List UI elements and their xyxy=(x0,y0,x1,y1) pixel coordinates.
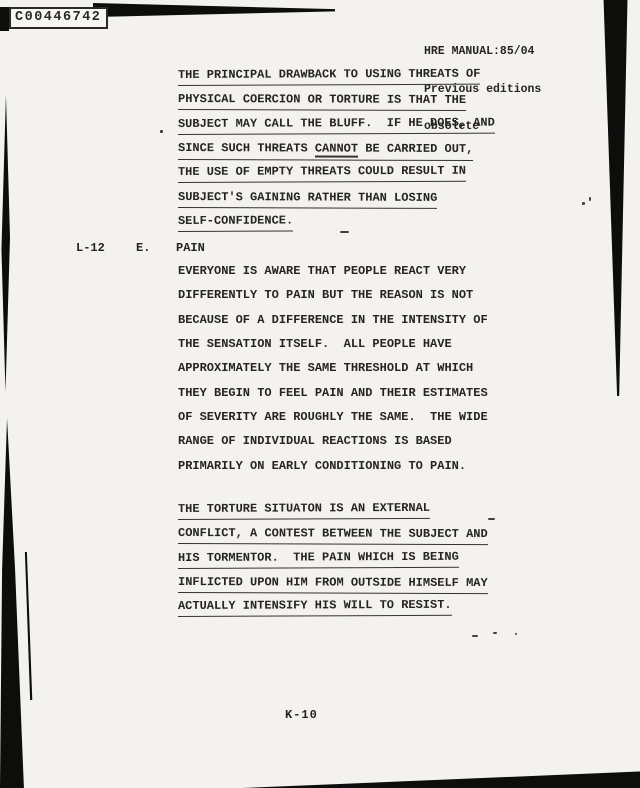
text-line: THE TORTURE SITUATON IS AN EXTERNAL xyxy=(178,497,488,521)
scan-artifact-right-wedge xyxy=(602,0,628,396)
text-line: PHYSICAL COERCION OR TORTURE IS THAT THE xyxy=(178,87,495,111)
scan-artifact-left-line xyxy=(24,552,33,700)
text-line: RANGE OF INDIVIDUAL REACTIONS IS BASED xyxy=(178,429,488,453)
ink-speck xyxy=(493,632,497,634)
text-line: BECAUSE OF A DIFFERENCE IN THE INTENSITY… xyxy=(178,308,488,332)
scan-artifact-top-left-block xyxy=(0,7,9,31)
text-line: SELF-CONFIDENCE. xyxy=(178,209,495,233)
ink-speck xyxy=(488,518,495,520)
text-line: SUBJECT'S GAINING RATHER THAN LOSING xyxy=(178,185,495,209)
text-line: INFLICTED UPON HIM FROM OUTSIDE HIMSELF … xyxy=(178,570,488,594)
text-line: SINCE SUCH THREATS CANNOT BE CARRIED OUT… xyxy=(178,136,495,160)
paragraph-threats-drawback: THE PRINCIPAL DRAWBACK TO USING THREATS … xyxy=(178,63,495,233)
scanned-document-page: C00446742 HRE MANUAL:85/04 Previous edit… xyxy=(0,0,640,788)
text-line: THE SENSATION ITSELF. ALL PEOPLE HAVE xyxy=(178,332,488,356)
text-line: ACTUALLY INTENSIFY HIS WILL TO RESIST. xyxy=(178,594,488,618)
text-line: THE USE OF EMPTY THREATS COULD RESULT IN xyxy=(178,160,495,184)
ink-speck xyxy=(472,635,478,637)
manual-header-line: HRE MANUAL:85/04 xyxy=(424,46,541,59)
ink-speck xyxy=(582,202,585,205)
page-number: K-10 xyxy=(285,708,318,722)
ink-speck xyxy=(515,633,517,635)
document-id-stamp: C00446742 xyxy=(9,7,108,29)
paragraph-torture-situation: THE TORTURE SITUATON IS AN EXTERNALCONFL… xyxy=(178,497,488,619)
text-line: HIS TORMENTOR. THE PAIN WHICH IS BEING xyxy=(178,546,488,570)
margin-reference-label: L-12 xyxy=(76,241,105,255)
text-line: OF SEVERITY ARE ROUGHLY THE SAME. THE WI… xyxy=(178,405,488,429)
text-line: THE PRINCIPAL DRAWBACK TO USING THREATS … xyxy=(178,63,495,87)
text-line: PRIMARILY ON EARLY CONDITIONING TO PAIN. xyxy=(178,454,488,478)
paragraph-pain-intro: EVERYONE IS AWARE THAT PEOPLE REACT VERY… xyxy=(178,259,488,478)
text-line: APPROXIMATELY THE SAME THRESHOLD AT WHIC… xyxy=(178,356,488,380)
section-letter: E. xyxy=(136,241,150,255)
ink-speck xyxy=(160,130,163,133)
scan-artifact-left-band xyxy=(0,418,26,788)
text-line: SUBJECT MAY CALL THE BLUFF. IF HE DOES, … xyxy=(178,112,495,136)
scan-artifact-top-wedge xyxy=(93,3,335,17)
double-underlined-word: CANNOT xyxy=(315,142,358,157)
scan-artifact-bottom-wedge xyxy=(243,770,640,788)
text-line: CONFLICT, A CONTEST BETWEEN THE SUBJECT … xyxy=(178,521,488,545)
text-line: DIFFERENTLY TO PAIN BUT THE REASON IS NO… xyxy=(178,283,488,307)
text-line: THEY BEGIN TO FEEL PAIN AND THEIR ESTIMA… xyxy=(178,381,488,405)
document-id-text: C00446742 xyxy=(15,10,101,25)
section-title: PAIN xyxy=(176,241,205,255)
ink-speck xyxy=(589,197,591,201)
text-line: EVERYONE IS AWARE THAT PEOPLE REACT VERY xyxy=(178,259,488,283)
